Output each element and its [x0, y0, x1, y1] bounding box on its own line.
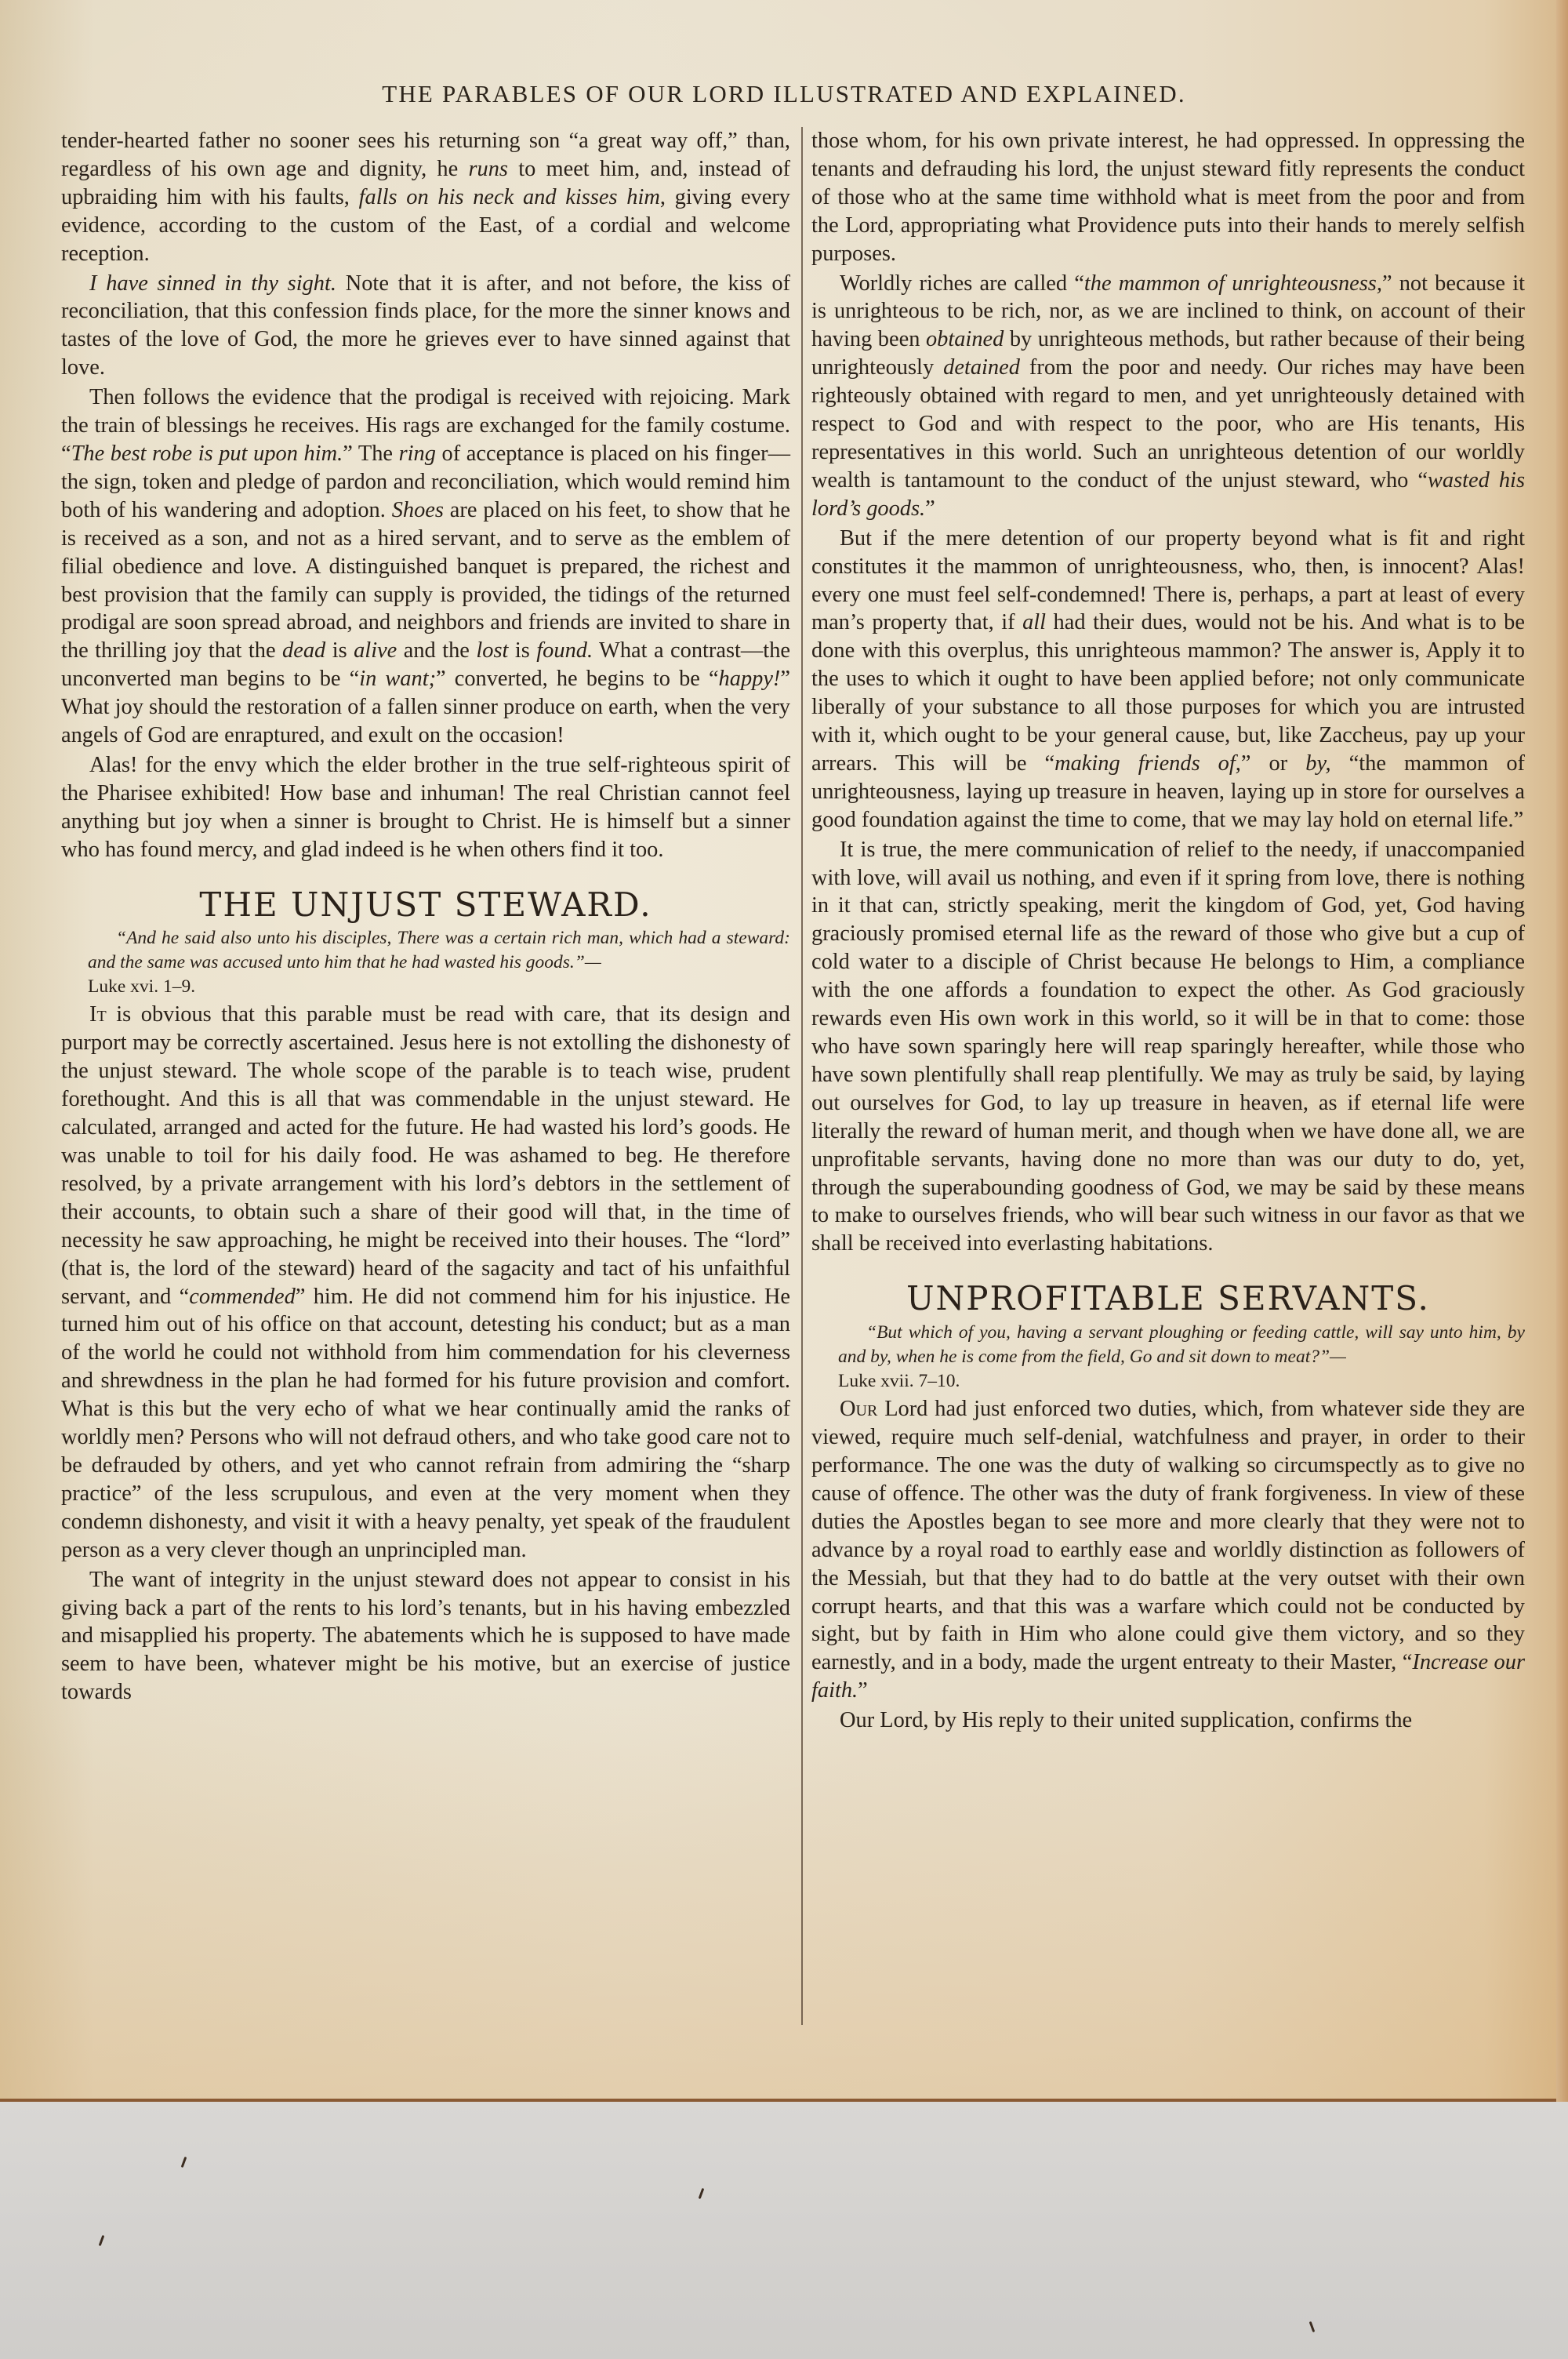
right-column: those whom, for his own private interest…: [811, 127, 1525, 1735]
left-column: tender-hearted father no sooner sees his…: [61, 127, 790, 1707]
paragraph: Worldly riches are called “the mammon of…: [811, 270, 1525, 523]
paragraph: Our Lord had just enforced two duties, w…: [811, 1395, 1525, 1705]
scripture-epigraph: “And he said also unto his disciples, Th…: [61, 926, 790, 999]
column-divider: [801, 127, 803, 2025]
paragraph: I have sinned in thy sight. Note that it…: [61, 270, 790, 383]
paragraph: But if the mere detention of our propert…: [811, 525, 1525, 834]
paragraph: Then follows the evidence that the prodi…: [61, 383, 790, 750]
paragraph: Our Lord, by His reply to their united s…: [811, 1707, 1525, 1735]
drop-cap: Our: [840, 1397, 877, 1421]
scripture-reference: Luke xvii. 7–10.: [838, 1369, 1525, 1394]
drop-cap: It: [89, 1002, 107, 1027]
background-surface: [0, 2102, 1568, 2359]
section-title: THE UNJUST STEWARD.: [61, 891, 790, 919]
page-edge: [1556, 0, 1568, 2274]
paragraph: tender-hearted father no sooner sees his…: [61, 127, 790, 268]
paragraph: It is true, the mere communication of re…: [811, 836, 1525, 1259]
paragraph: those whom, for his own private interest…: [811, 127, 1525, 268]
scripture-reference: Luke xvi. 1–9.: [88, 975, 790, 999]
paragraph: Alas! for the envy which the elder broth…: [61, 751, 790, 864]
running-head: THE PARABLES OF OUR LORD ILLUSTRATED AND…: [0, 80, 1568, 108]
section-title: UNPROFITABLE SERVANTS.: [811, 1285, 1525, 1313]
scripture-epigraph: “But which of you, having a servant plou…: [811, 1321, 1525, 1394]
paragraph: The want of integrity in the unjust stew…: [61, 1566, 790, 1707]
paragraph: It is obvious that this parable must be …: [61, 1001, 790, 1564]
